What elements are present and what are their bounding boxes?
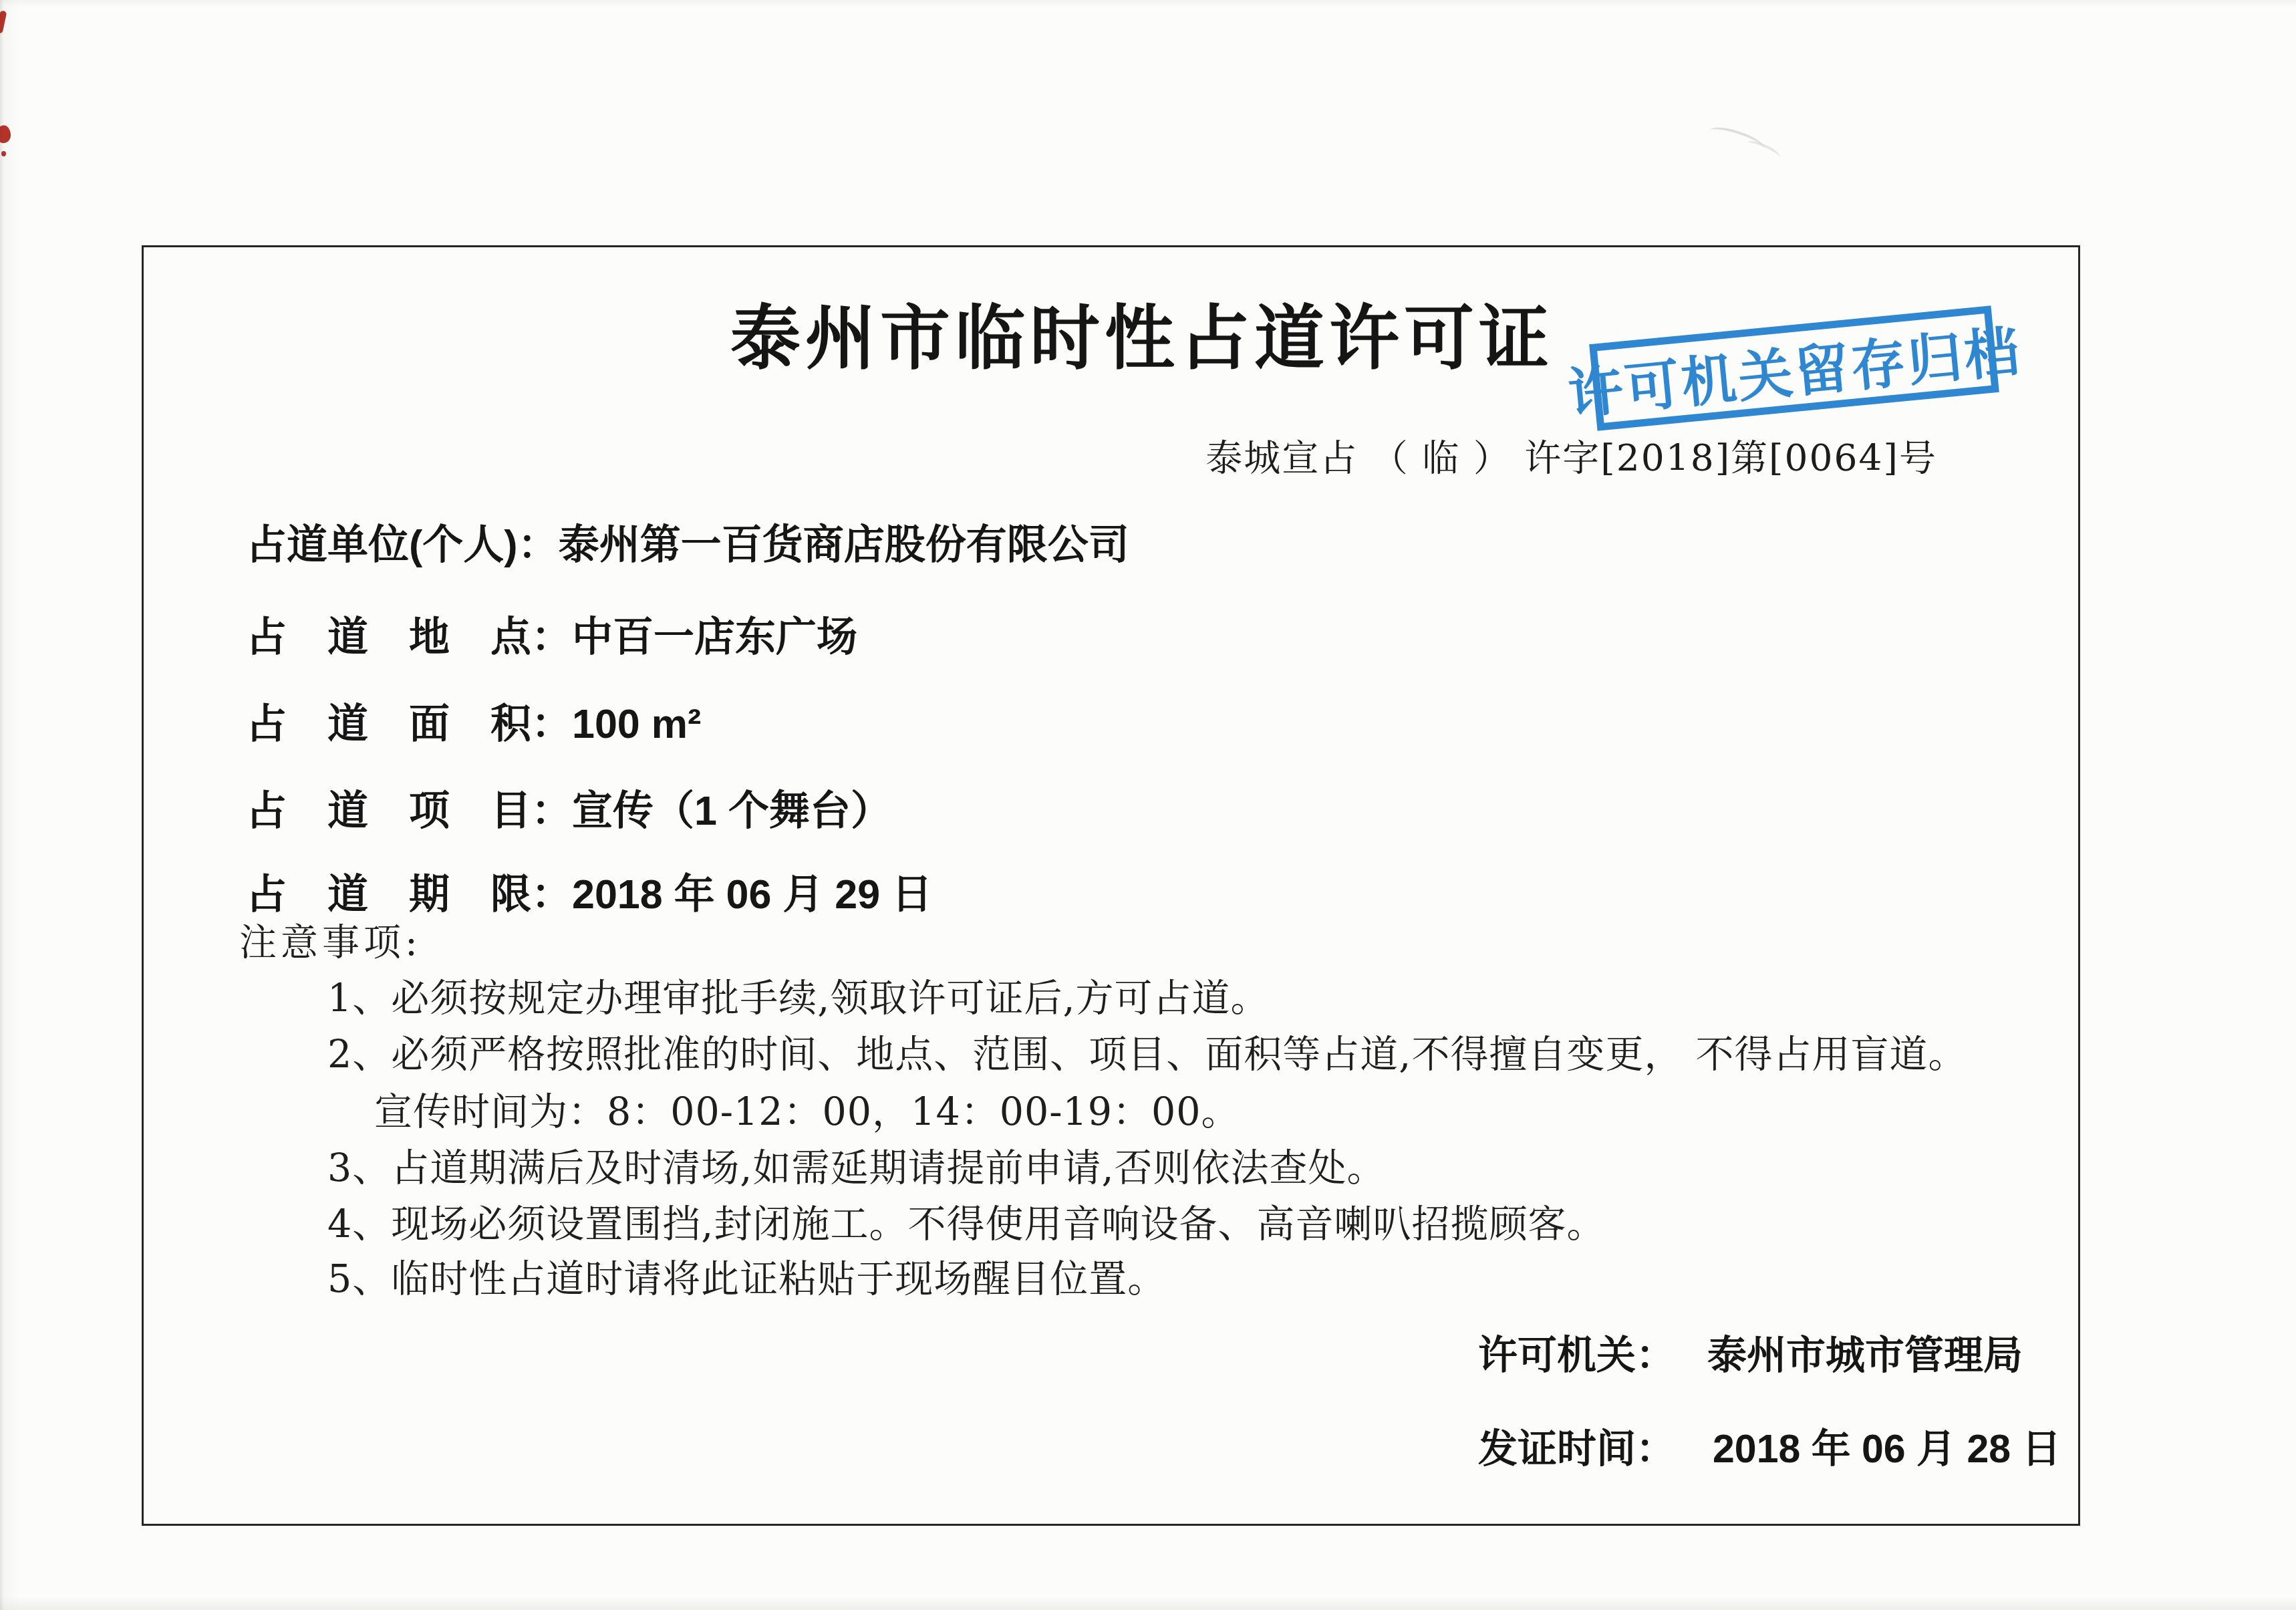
field-label-location: 占 道 地 点： [246, 614, 572, 660]
field-row-period: 占 道 期 限： 2018 年 06 月 29 日 [246, 871, 932, 918]
field-label-area: 占 道 面 积： [246, 700, 572, 747]
field-row-project: 占 道 项 目： 宣传（1 个舞台） [246, 787, 891, 834]
red-ink-artifact [0, 10, 7, 33]
field-row-unit: 占道单位(个人)： 泰州第一百货商店股份有限公司 [246, 521, 1129, 568]
note-item-4: 4、现场必须设置围挡,封闭施工。不得使用音响设备、高音喇叭招揽顾客。 [327, 1206, 1605, 1244]
red-ink-artifact [1, 151, 6, 156]
note-item-2: 2、必须严格按照批准的时间、地点、范围、项目、面积等占道,不得擅自变更， 不得占… [327, 1036, 1967, 1074]
issuer-row: 许可机关： 泰州市城市管理局 [1478, 1334, 2023, 1377]
note-item-2-schedule: 宣传时间为：8：00-12：00，14：00-19：00。 [374, 1093, 1240, 1131]
issuer-value: 泰州市城市管理局 [1707, 1334, 2023, 1377]
scanned-page: 泰州市临时性占道许可证 许可机关留存归档 泰城宣占 （ 临 ） 许字[2018]… [0, 0, 2296, 1610]
red-ink-artifact [0, 124, 13, 145]
doc-number: 泰城宣占 （ 临 ） 许字[2018]第[0064]号 [1205, 440, 1937, 477]
issue-date-value: 2018 年 06 月 28 日 [1713, 1428, 2061, 1471]
issuer-label: 许可机关： [1478, 1334, 1675, 1377]
issue-date-row: 发证时间： 2018 年 06 月 28 日 [1478, 1428, 2061, 1471]
field-label-period: 占 道 期 限： [246, 871, 572, 918]
archive-stamp: 许可机关留存归档 [1589, 305, 1999, 430]
field-value-unit: 泰州第一百货商店股份有限公司 [559, 521, 1129, 568]
field-value-area: 100 m² [572, 700, 701, 747]
field-label-project: 占 道 项 目： [246, 787, 572, 834]
notes-heading: 注意事项: [239, 924, 422, 962]
issue-date-label: 发证时间： [1478, 1428, 1675, 1471]
field-value-period: 2018 年 06 月 29 日 [572, 871, 932, 918]
permit-title: 泰州市临时性占道许可证 [730, 303, 1554, 374]
field-row-location: 占 道 地 点： 中百一店东广场 [246, 614, 857, 660]
note-item-3: 3、占道期满后及时清场,如需延期请提前申请,否则依法查处。 [327, 1150, 1386, 1188]
note-item-1: 1、必须按规定办理审批手续,领取许可证后,方可占道。 [327, 980, 1270, 1018]
field-value-location: 中百一店东广场 [572, 614, 857, 660]
field-row-area: 占 道 面 积： 100 m² [246, 700, 701, 747]
permit-document: 泰州市临时性占道许可证 许可机关留存归档 泰城宣占 （ 临 ） 许字[2018]… [142, 245, 2080, 1526]
archive-stamp-text: 许可机关留存归档 [1564, 307, 2024, 429]
note-item-5: 5、临时性占道时请将此证粘贴于现场醒目位置。 [327, 1260, 1166, 1299]
field-value-project: 宣传（1 个舞台） [572, 787, 891, 834]
field-label-unit: 占道单位(个人)： [246, 521, 559, 568]
